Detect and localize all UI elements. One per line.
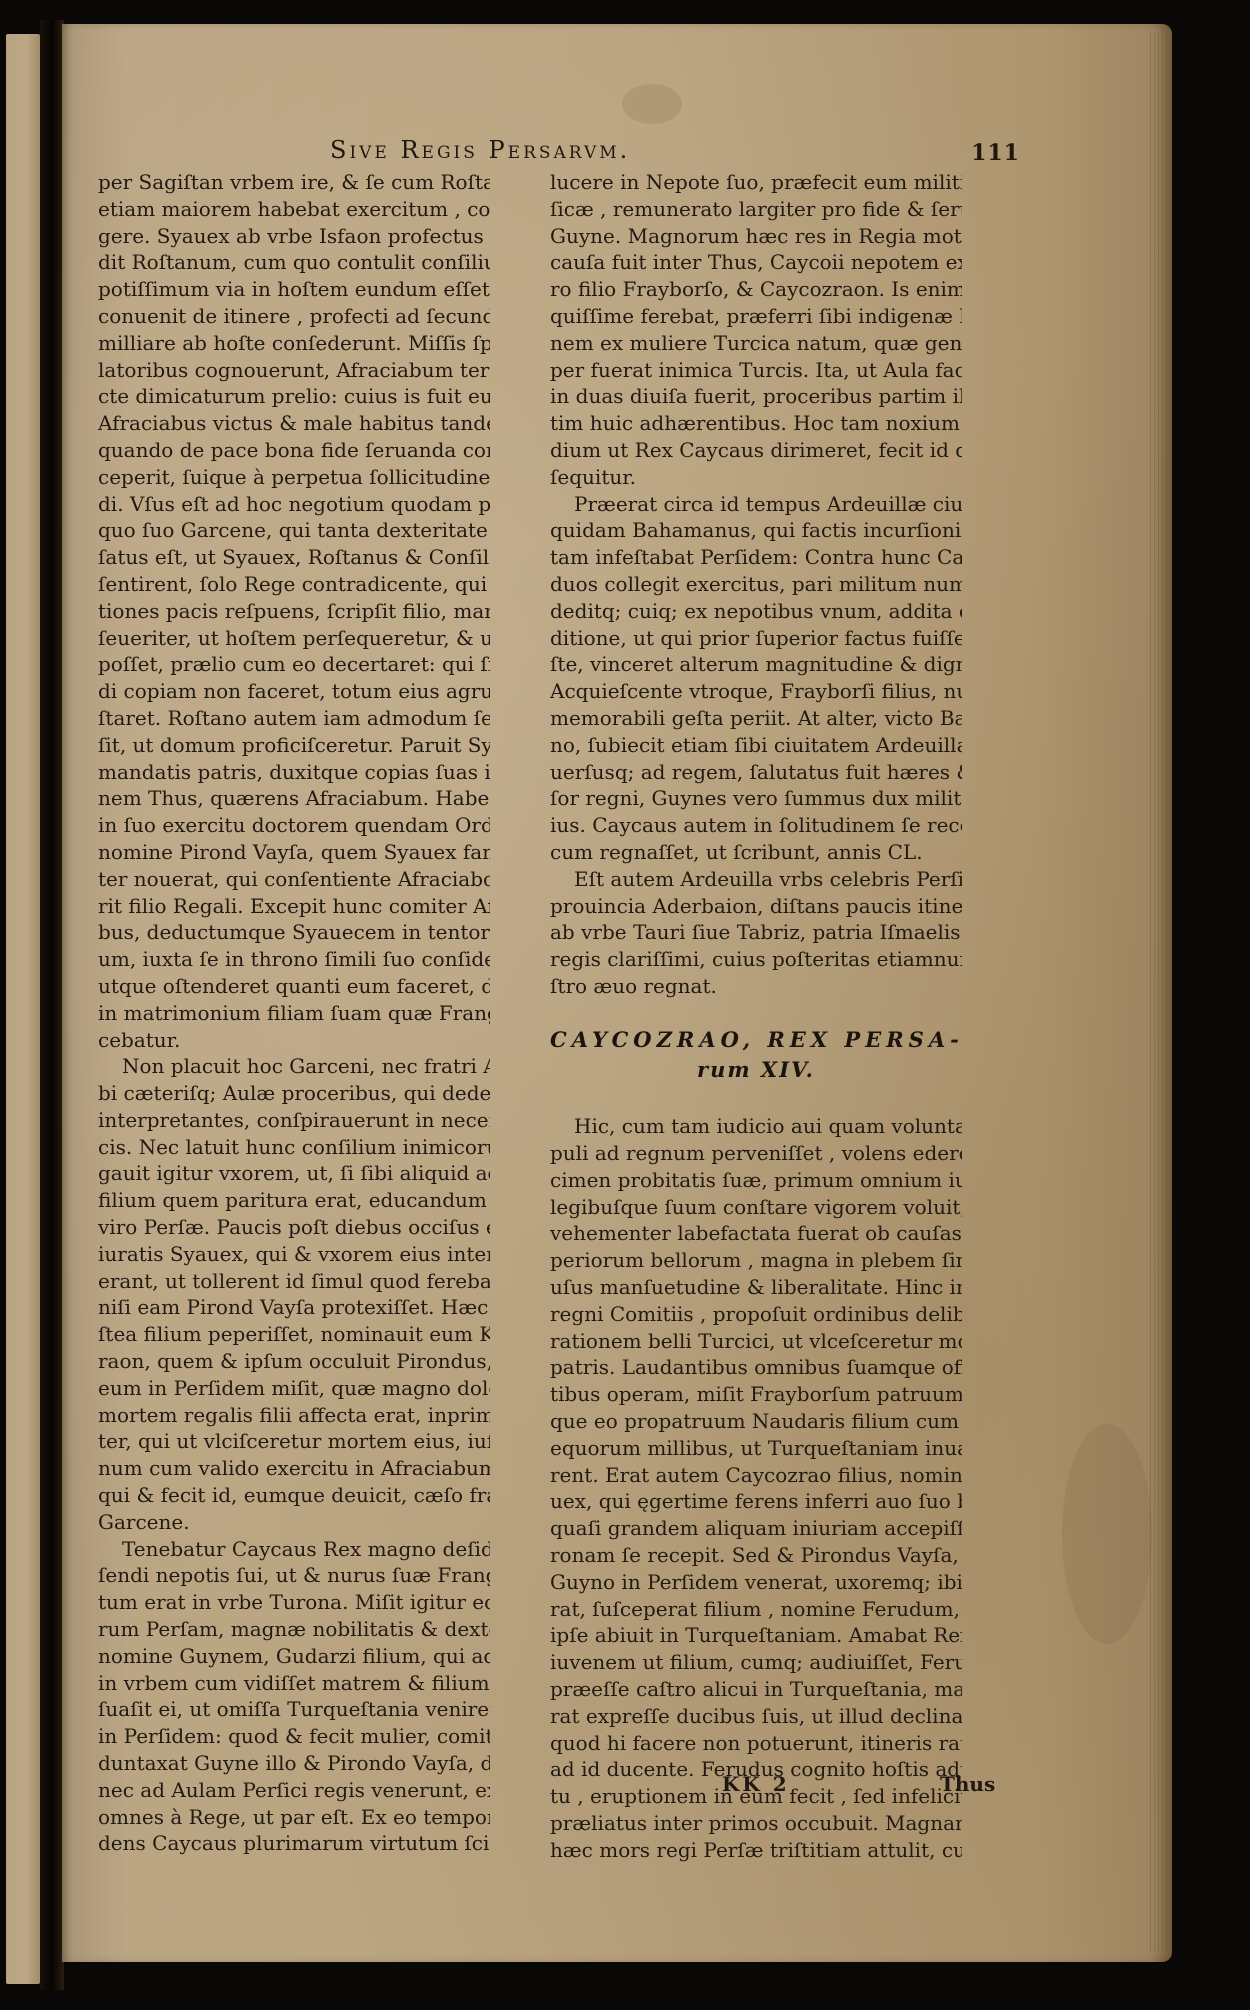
text-line: prouincia Aderbaion, diſtans paucis itin… [550,893,962,920]
text-line: Præerat circa id tempus Ardeuillæ ciuita… [550,491,962,518]
text-line: rationem belli Turcici, ut vlceſceretur … [550,1328,962,1355]
text-line: per Sagiſtan vrbem ire, & ſe cum Roſtano… [98,169,490,196]
page-number: 111 [971,140,1020,166]
text-line: latoribus cognouerunt, Afraciabum tertia… [98,357,490,384]
text-line: ipſe abiuit in Turqueſtaniam. Amabat Rex… [550,1622,962,1649]
text-line: duos collegit exercitus, pari militum nu… [550,571,962,598]
text-line: cebatur. [98,1027,490,1054]
text-line: cis. Nec latuit hunc conſilium inimicoru… [98,1134,490,1161]
text-line: deditq; cuiq; ex nepotibus vnum, addita … [550,598,962,625]
paper-stain [622,84,682,124]
text-line: quo ſuo Garcene, qui tanta dexteritate i… [98,517,490,544]
text-line: ius. Caycaus autem in ſolitudinem ſe rec… [550,812,962,839]
right-column-text-before-heading: lucere in Nepote ſuo, præfecit eum milit… [550,169,962,1000]
text-line: dium ut Rex Caycaus dirimeret, fecit id … [550,437,962,464]
text-line: mortem regalis filii affecta erat, inpri… [98,1402,490,1429]
running-title: Sive Regis Persarvm. [330,136,630,164]
text-line: bi cæteriſq; Aulæ proceribus, qui dedecu… [98,1080,490,1107]
text-line: di copiam non faceret, totum eius agrum … [98,678,490,705]
text-line: iuratis Syauex, qui & vxorem eius interf… [98,1241,490,1268]
text-line: num cum valido exercitu in Afraciabum ir… [98,1455,490,1482]
book-gutter [40,20,64,1990]
chapter-heading: CAYCOZRAO, REX PERSA- [550,1027,962,1057]
text-line: quiſſime ferebat, præferri ſibi indigenæ… [550,303,962,330]
left-text-column: per Sagiſtan vrbem ire, & ſe cum Roſtano… [98,169,490,1857]
text-line: eum in Perſidem miſit, quæ magno dolore … [98,1375,490,1402]
text-line: ſte, vinceret alterum magnitudine & dign… [550,651,962,678]
text-line: equorum millibus, ut Turqueſtaniam inuad… [550,1435,962,1462]
text-line: Acquieſcente vtroque, Frayborſi filius, … [550,678,962,705]
right-column-text-after-heading: Hic, cum tam iudicio aui quam voluntate … [550,1113,962,1863]
text-line: dens Caycaus plurimarum virtutum ſcintil… [98,1830,490,1857]
text-line: ſor regni, Guynes vero ſummus dux militi… [550,785,962,812]
catchword: Thus [940,1772,995,1796]
text-line: um, iuxta ſe in throno ſimili ſuo conſid… [98,946,490,973]
text-line: quaſi grandem aliquam iniuriam accepiſſe… [550,1515,962,1542]
text-line: gauit igitur vxorem, ut, ſi ſibi aliquid… [98,1160,490,1187]
text-line: utque oſtenderet quanti eum faceret, ded… [98,973,490,1000]
text-line: duntaxat Guyne illo & Pirondo Vayſa, do- [98,1750,490,1777]
text-line: ſit, ut domum proficiſceretur. Paruit Sy… [98,732,490,759]
page-fore-edge [1150,32,1172,1952]
spacer [550,1087,962,1114]
text-line: ſtaret. Roſtano autem iam admodum ſeni i… [98,705,490,732]
text-line: dit Roſtanum, cum quo contulit conſilium… [98,249,490,276]
text-line: uſus manſuetudine & liberalitate. Hinc i… [550,1274,962,1301]
text-line: nem Thus, quærens Afraciabum. Habebat hi… [98,785,490,812]
text-line: iuvenem ut filium, cumq; audiuiſſet, Fer… [550,1649,962,1676]
printer-signature-mark: KK 2 [722,1772,790,1796]
text-line: ter nouerat, qui conſentiente Afraciabo,… [98,866,490,893]
chapter-heading-continued: rum XIV. [550,1057,962,1087]
text-line: patris. Laudantibus omnibus ſuamque offe… [550,1354,962,1381]
text-line: tum erat in vrbe Turona. Miſit igitur eo… [98,1589,490,1616]
text-line: rent. Erat autem Caycozrao filius, nomin… [550,1462,962,1489]
text-line: viro Perſæ. Paucis poſt diebus occiſus e… [98,1214,490,1241]
paper-stain [1062,1424,1152,1644]
text-line: potiſſimum via in hoſtem eundum eſſet. V… [98,276,490,303]
right-text-column: lucere in Nepote ſuo, præfecit eum milit… [550,169,962,1864]
text-line: ro filio Frayborſo, & Caycozraon. Is eni… [550,276,962,303]
text-line: vehementer labefactata fuerat ob cauſas … [550,1220,962,1247]
text-line: ditione, ut qui prior ſuperior factus fu… [550,625,962,652]
text-line: periorum bellorum , magna in plebem ſimu… [550,1247,962,1274]
text-line: quidam Bahamanus, qui factis incurſionib… [550,517,962,544]
text-line: præliatus inter primos occubuit. Magnam [550,1810,962,1837]
text-line: ſentirent, ſolo Rege contradicente, qui … [98,571,490,598]
text-line: ſicæ , remunerato largiter pro fide & ſe… [550,196,962,223]
text-line: in vrbem cum vidiſſet matrem & filium, p… [98,1670,490,1697]
text-line: memorabili geſta periit. At alter, victo… [550,705,962,732]
text-line: Hic, cum tam iudicio aui quam voluntate … [550,1113,962,1140]
text-line: rum Perſam, magnæ nobilitatis & dexterit… [98,1616,490,1643]
text-line: ab vrbe Tauri ſiue Tabriz, patria Iſmael… [550,919,962,946]
text-line: ronam ſe recepit. Sed & Pirondus Vayſa, … [550,1542,962,1569]
spacer [550,1000,962,1027]
text-line: no, ſubiecit etiam ſibi ciuitatem Ardeui… [550,732,962,759]
text-line: mandatis patris, duxitque copias ſuas in… [98,759,490,786]
text-line: in ſuo exercitu doctorem quendam Ordinum… [98,812,490,839]
text-line: uex, qui ęgertime ferens inferri auo ſuo… [550,1488,962,1515]
text-line: Tenebatur Caycaus Rex magno deſiderio vi… [98,1536,490,1563]
text-line: ſuaſit ei, ut omiſſa Turqueſtania venire… [98,1696,490,1723]
text-line: lucere in Nepote ſuo, præfecit eum milit… [550,169,962,196]
text-line: rat expreſſe ducibus ſuis, ut illud decl… [550,1703,962,1730]
text-line: Garcene. [98,1509,490,1536]
text-line: tibus operam, miſit Frayborſum patruum c… [550,1381,962,1408]
text-line: cauſa fuit inter Thus, Caycoii nepotem e… [550,249,962,276]
text-line: cum regnaſſet, ut ſcribunt, annis CL. [550,839,962,866]
text-line: Afraciabus victus & male habitus tandem … [98,410,490,437]
text-line: poſſet, prælio cum eo decertaret: qui ſi… [98,651,490,678]
text-line: nomine Guynem, Gudarzi filium, qui admiſ… [98,1643,490,1670]
text-line: gere. Syauex ab vrbe Isfaon profectus , … [98,223,490,250]
text-line: nem ex muliere Turcica natum, quæ gens ſ… [550,330,962,357]
text-line: filium quem paritura erat, educandum tra… [98,1187,490,1214]
text-line: uerſusq; ad regem, ſalutatus fuit hæres … [550,759,962,786]
text-line: regis clariſſimi, cuius poſteritas etiam… [550,946,962,973]
text-line: tam infeſtabat Perſidem: Contra hunc Cay… [550,544,962,571]
text-line: præeſſe caſtro alicui in Turqueſtania, m… [550,1676,962,1703]
text-line: hæc mors regi Perſæ triſtitiam attulit, … [550,1837,962,1864]
text-line: ter, qui ut vlciſceretur mortem eius, iu… [98,1428,490,1455]
text-line: nec ad Aulam Perſici regis venerunt, exc… [98,1777,490,1804]
text-line: raon, quem & ipſum occuluit Pirondus, do… [98,1348,490,1375]
text-line: tiones pacis reſpuens, ſcripſit filio, m… [98,598,490,625]
text-line: etiam maiorem habebat exercitum , coniun… [98,196,490,223]
text-line: cte dimicaturum prelio: cuius is fuit eu… [98,383,490,410]
text-line: puli ad regnum perveniſſet , volens eder… [550,1140,962,1167]
text-line: que eo propatruum Naudaris filium cum XX… [550,1408,962,1435]
text-line: ſequitur. [550,464,962,491]
text-line: interpretantes, conſpirauerunt in necem … [98,1107,490,1134]
text-line: in duas diuiſa fuerit, proceribus partim… [550,383,962,410]
text-line: Guyno in Perſidem venerat, uxoremq; ibi … [550,1569,962,1596]
text-line: in Perſidem: quod & fecit mulier, comita… [98,1723,490,1750]
text-line: bus, deductumque Syauecem in tentorium ſ… [98,919,490,946]
text-line: ceperit, ſuique à perpetua ſollicitudine… [98,464,490,491]
text-line: ſendi nepotis ſui, ut & nurus ſuæ Frangu… [98,1562,490,1589]
text-line: quod hi facere non potuerunt, itineris r… [550,1730,962,1757]
text-line: cimen probitatis ſuæ, primum omnium iuſt… [550,1167,962,1194]
text-line: quando de pace bona fide ſeruanda conſil… [98,437,490,464]
text-line: regni Comitiis , propoſuit ordinibus del… [550,1301,962,1328]
adjacent-page-edge [6,34,40,1984]
text-line: omnes à Rege, ut par eſt. Ex eo tempore … [98,1804,490,1831]
text-line: nomine Pirond Vayſa, quem Syauex familia… [98,839,490,866]
text-line: rat, ſuſceperat filium , nomine Ferudum,… [550,1596,962,1623]
text-line: tim huic adhærentibus. Hoc tam noxium di… [550,410,962,437]
text-line: Non placuit hoc Garceni, nec fratri Afra… [98,1053,490,1080]
text-line: milliare ab hoſte conſederunt. Miſſis ſp… [98,330,490,357]
text-line: qui & fecit id, eumque deuicit, cæſo fra… [98,1482,490,1509]
text-line: in matrimonium filiam ſuam quæ Franguys … [98,1000,490,1027]
text-line: di. Vſus eſt ad hoc negotium quodam prop… [98,491,490,518]
text-line: Guyne. Magnorum hæc res in Regia motuum [550,223,962,250]
text-line: Eſt autem Ardeuilla vrbs celebris Perſid… [550,866,962,893]
text-line: conuenit de itinere , profecti ad ſecund… [98,303,490,330]
text-line: erant, ut tollerent id ſimul quod fereba… [98,1268,490,1295]
text-line: ſatus eſt, ut Syauex, Roſtanus & Conſili… [98,544,490,571]
text-line: rit filio Regali. Excepit hunc comiter A… [98,893,490,920]
running-head: Sive Regis Persarvm. 111 [330,136,1020,170]
text-line: ſeueriter, ut hoſtem perſequeretur, & ub… [98,625,490,652]
book-page: Sive Regis Persarvm. 111 per Sagiſtan vr… [62,24,1172,1962]
text-line: ſtea filium peperiſſet, nominauit eum Ka… [98,1321,490,1348]
text-line: per fuerat inimica Turcis. Ita, ut Aula … [550,357,962,384]
text-line: legibuſque ſuum conſtare vigorem voluit,… [550,1194,962,1221]
text-line: ſtro æuo regnat. [550,973,962,1000]
text-line: niſi eam Pirond Vayſa protexiſſet. Hæc c… [98,1294,490,1321]
